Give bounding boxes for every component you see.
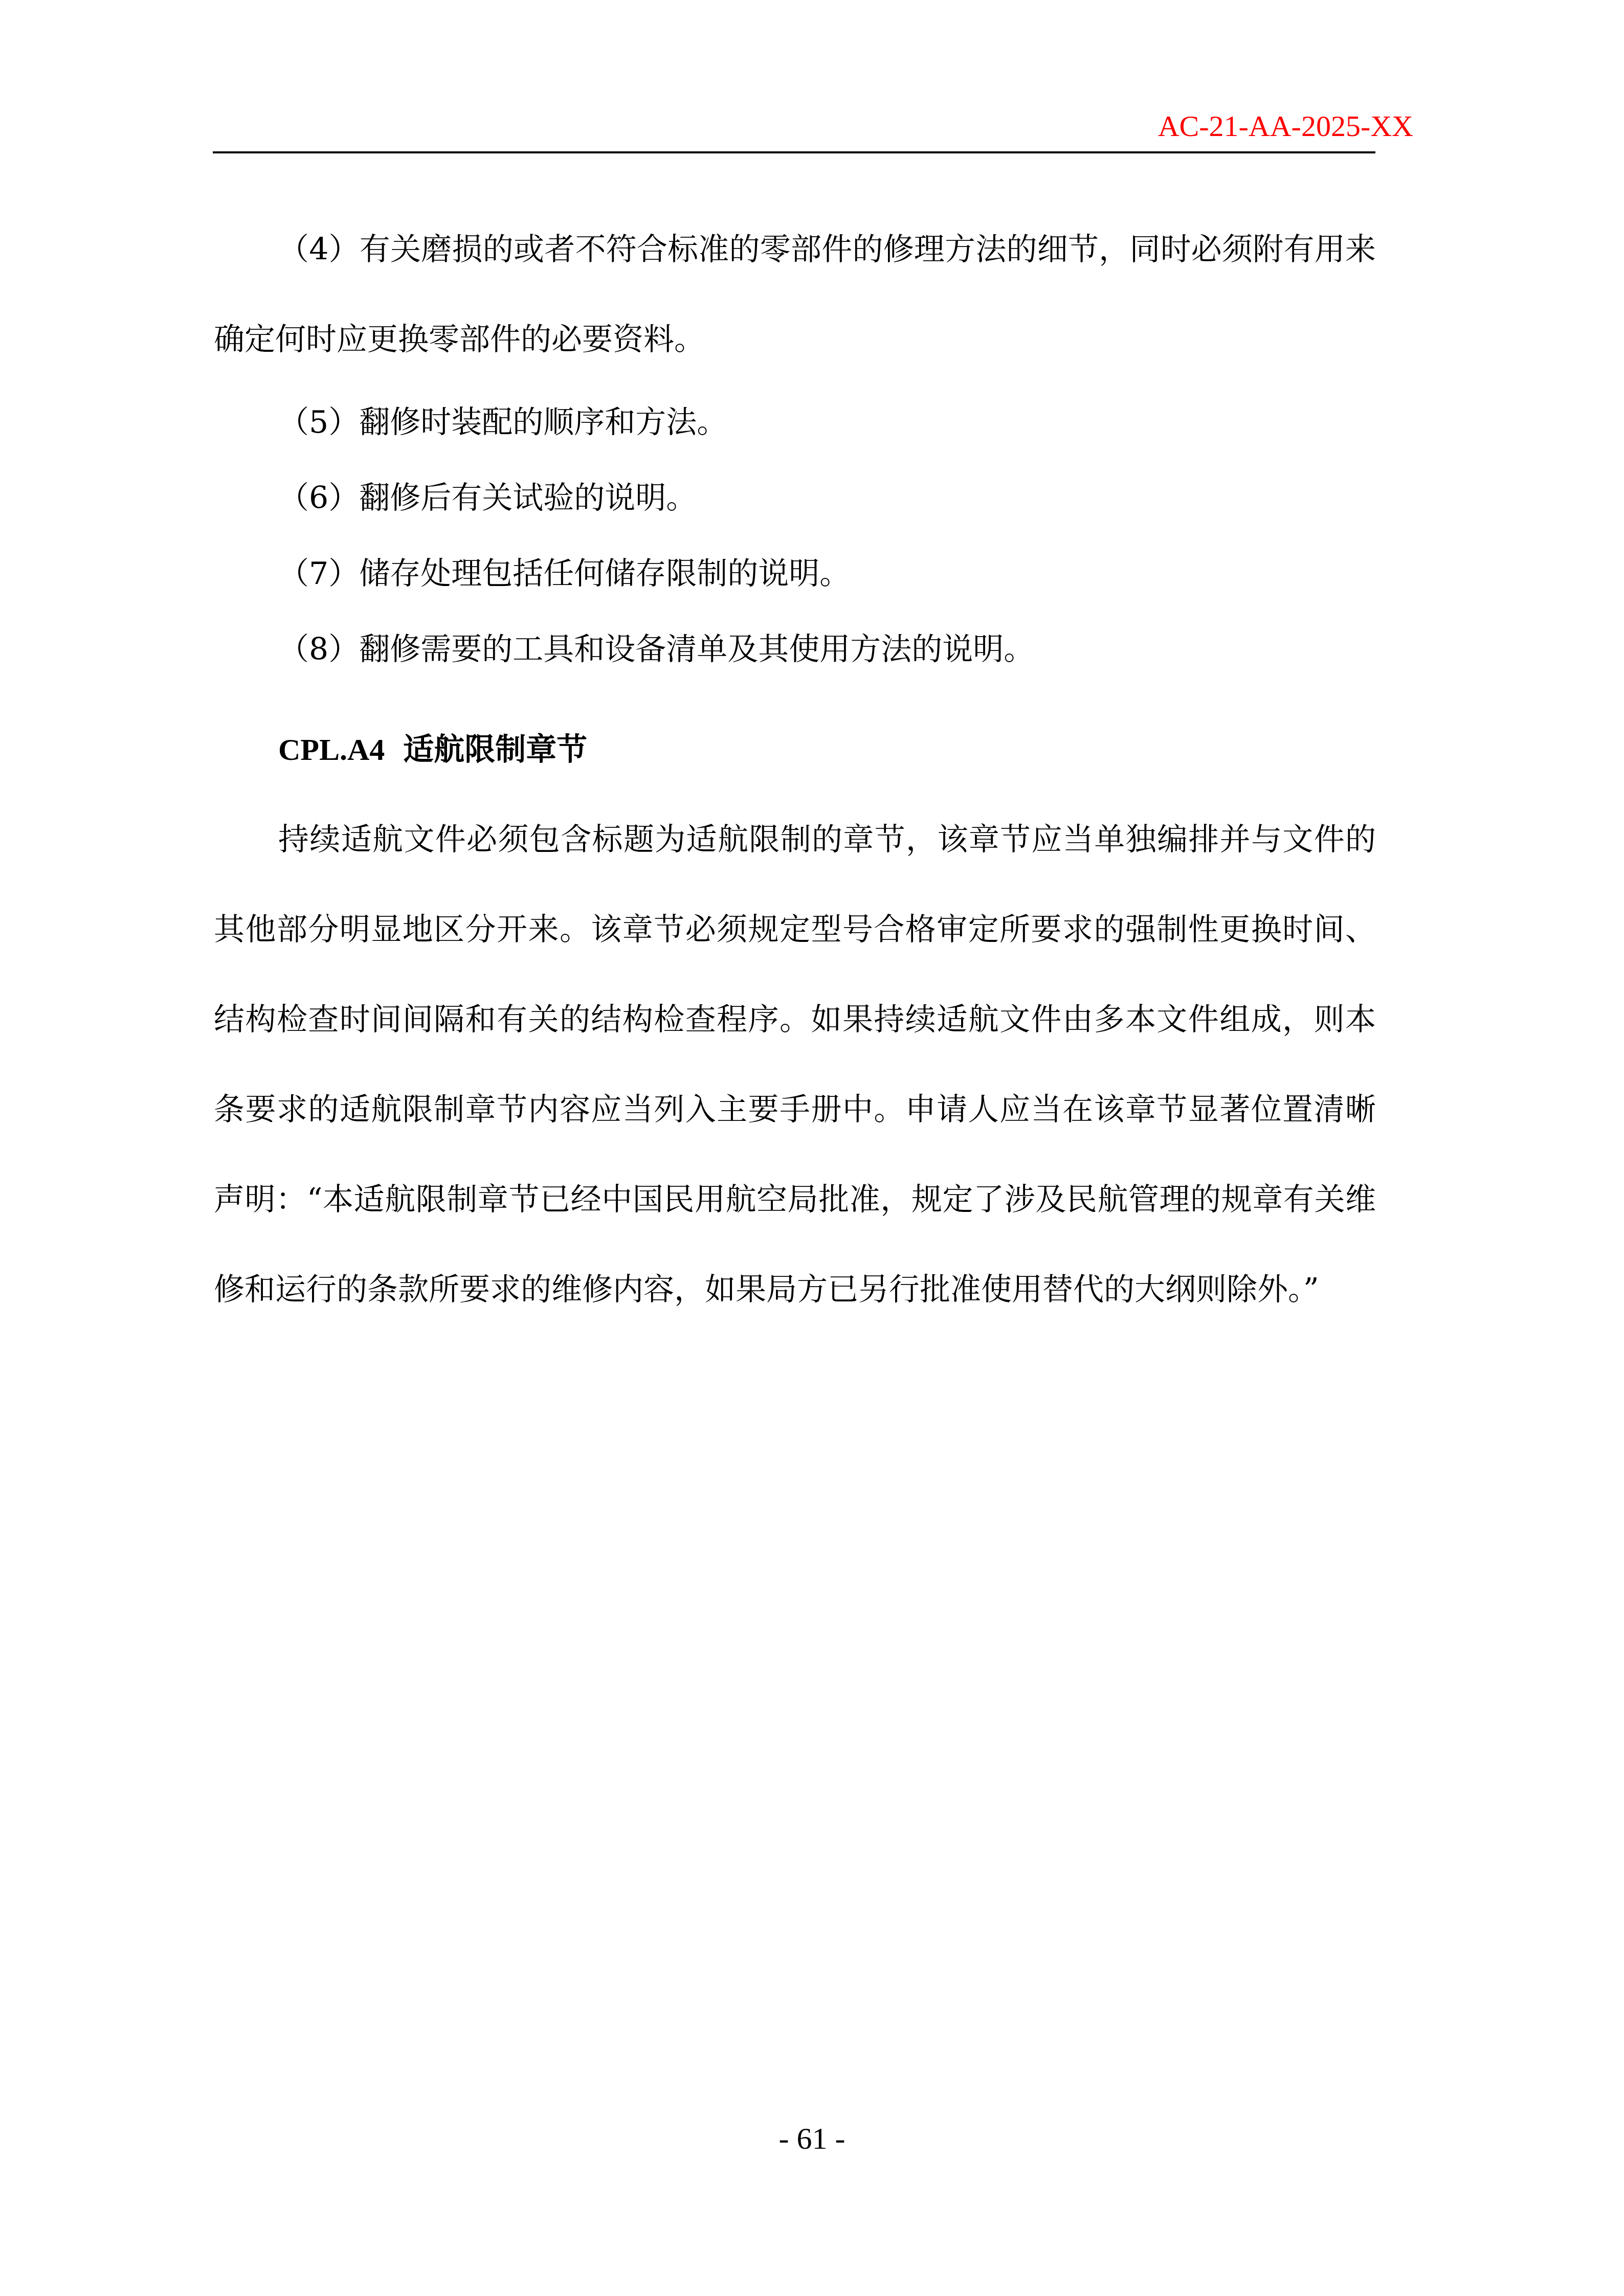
document-code: AC-21-AA-2025-XX — [1158, 111, 1413, 141]
section-heading: CPL.A4适航限制章节 — [214, 705, 1376, 795]
list-text: 翻修后有关试验的说明。 — [359, 480, 697, 516]
list-item-8: （8）翻修需要的工具和设备清单及其使用方法的说明。 — [214, 612, 1376, 687]
list-number: （8） — [278, 632, 359, 667]
list-text: 有关磨损的或者不符合标准的零部件的修理方法的细节，同时必须附有用来确定何时应更换… — [214, 232, 1376, 357]
page-number: - 61 - — [0, 2123, 1624, 2154]
list-text: 储存处理包括任何储存限制的说明。 — [359, 556, 850, 592]
section-title: 适航限制章节 — [403, 732, 587, 768]
list-number: （6） — [278, 480, 359, 516]
list-number: （4） — [278, 232, 360, 267]
list-text: 翻修需要的工具和设备清单及其使用方法的说明。 — [359, 632, 1034, 667]
list-number: （5） — [278, 404, 359, 440]
section-body: 持续适航文件必须包含标题为适航限制的章节，该章节应当单独编排并与文件的其他部分明… — [214, 795, 1376, 1335]
section-code: CPL.A4 — [278, 733, 385, 767]
page-content: （4）有关磨损的或者不符合标准的零部件的修理方法的细节，同时必须附有用来确定何时… — [214, 205, 1376, 1335]
list-item-7: （7）储存处理包括任何储存限制的说明。 — [214, 536, 1376, 612]
list-item-5: （5）翻修时装配的顺序和方法。 — [214, 385, 1376, 460]
list-item-6: （6）翻修后有关试验的说明。 — [214, 460, 1376, 536]
header-divider — [213, 151, 1375, 153]
list-number: （7） — [278, 556, 359, 592]
list-item-4: （4）有关磨损的或者不符合标准的零部件的修理方法的细节，同时必须附有用来确定何时… — [214, 205, 1376, 385]
list-text: 翻修时装配的顺序和方法。 — [359, 404, 727, 440]
